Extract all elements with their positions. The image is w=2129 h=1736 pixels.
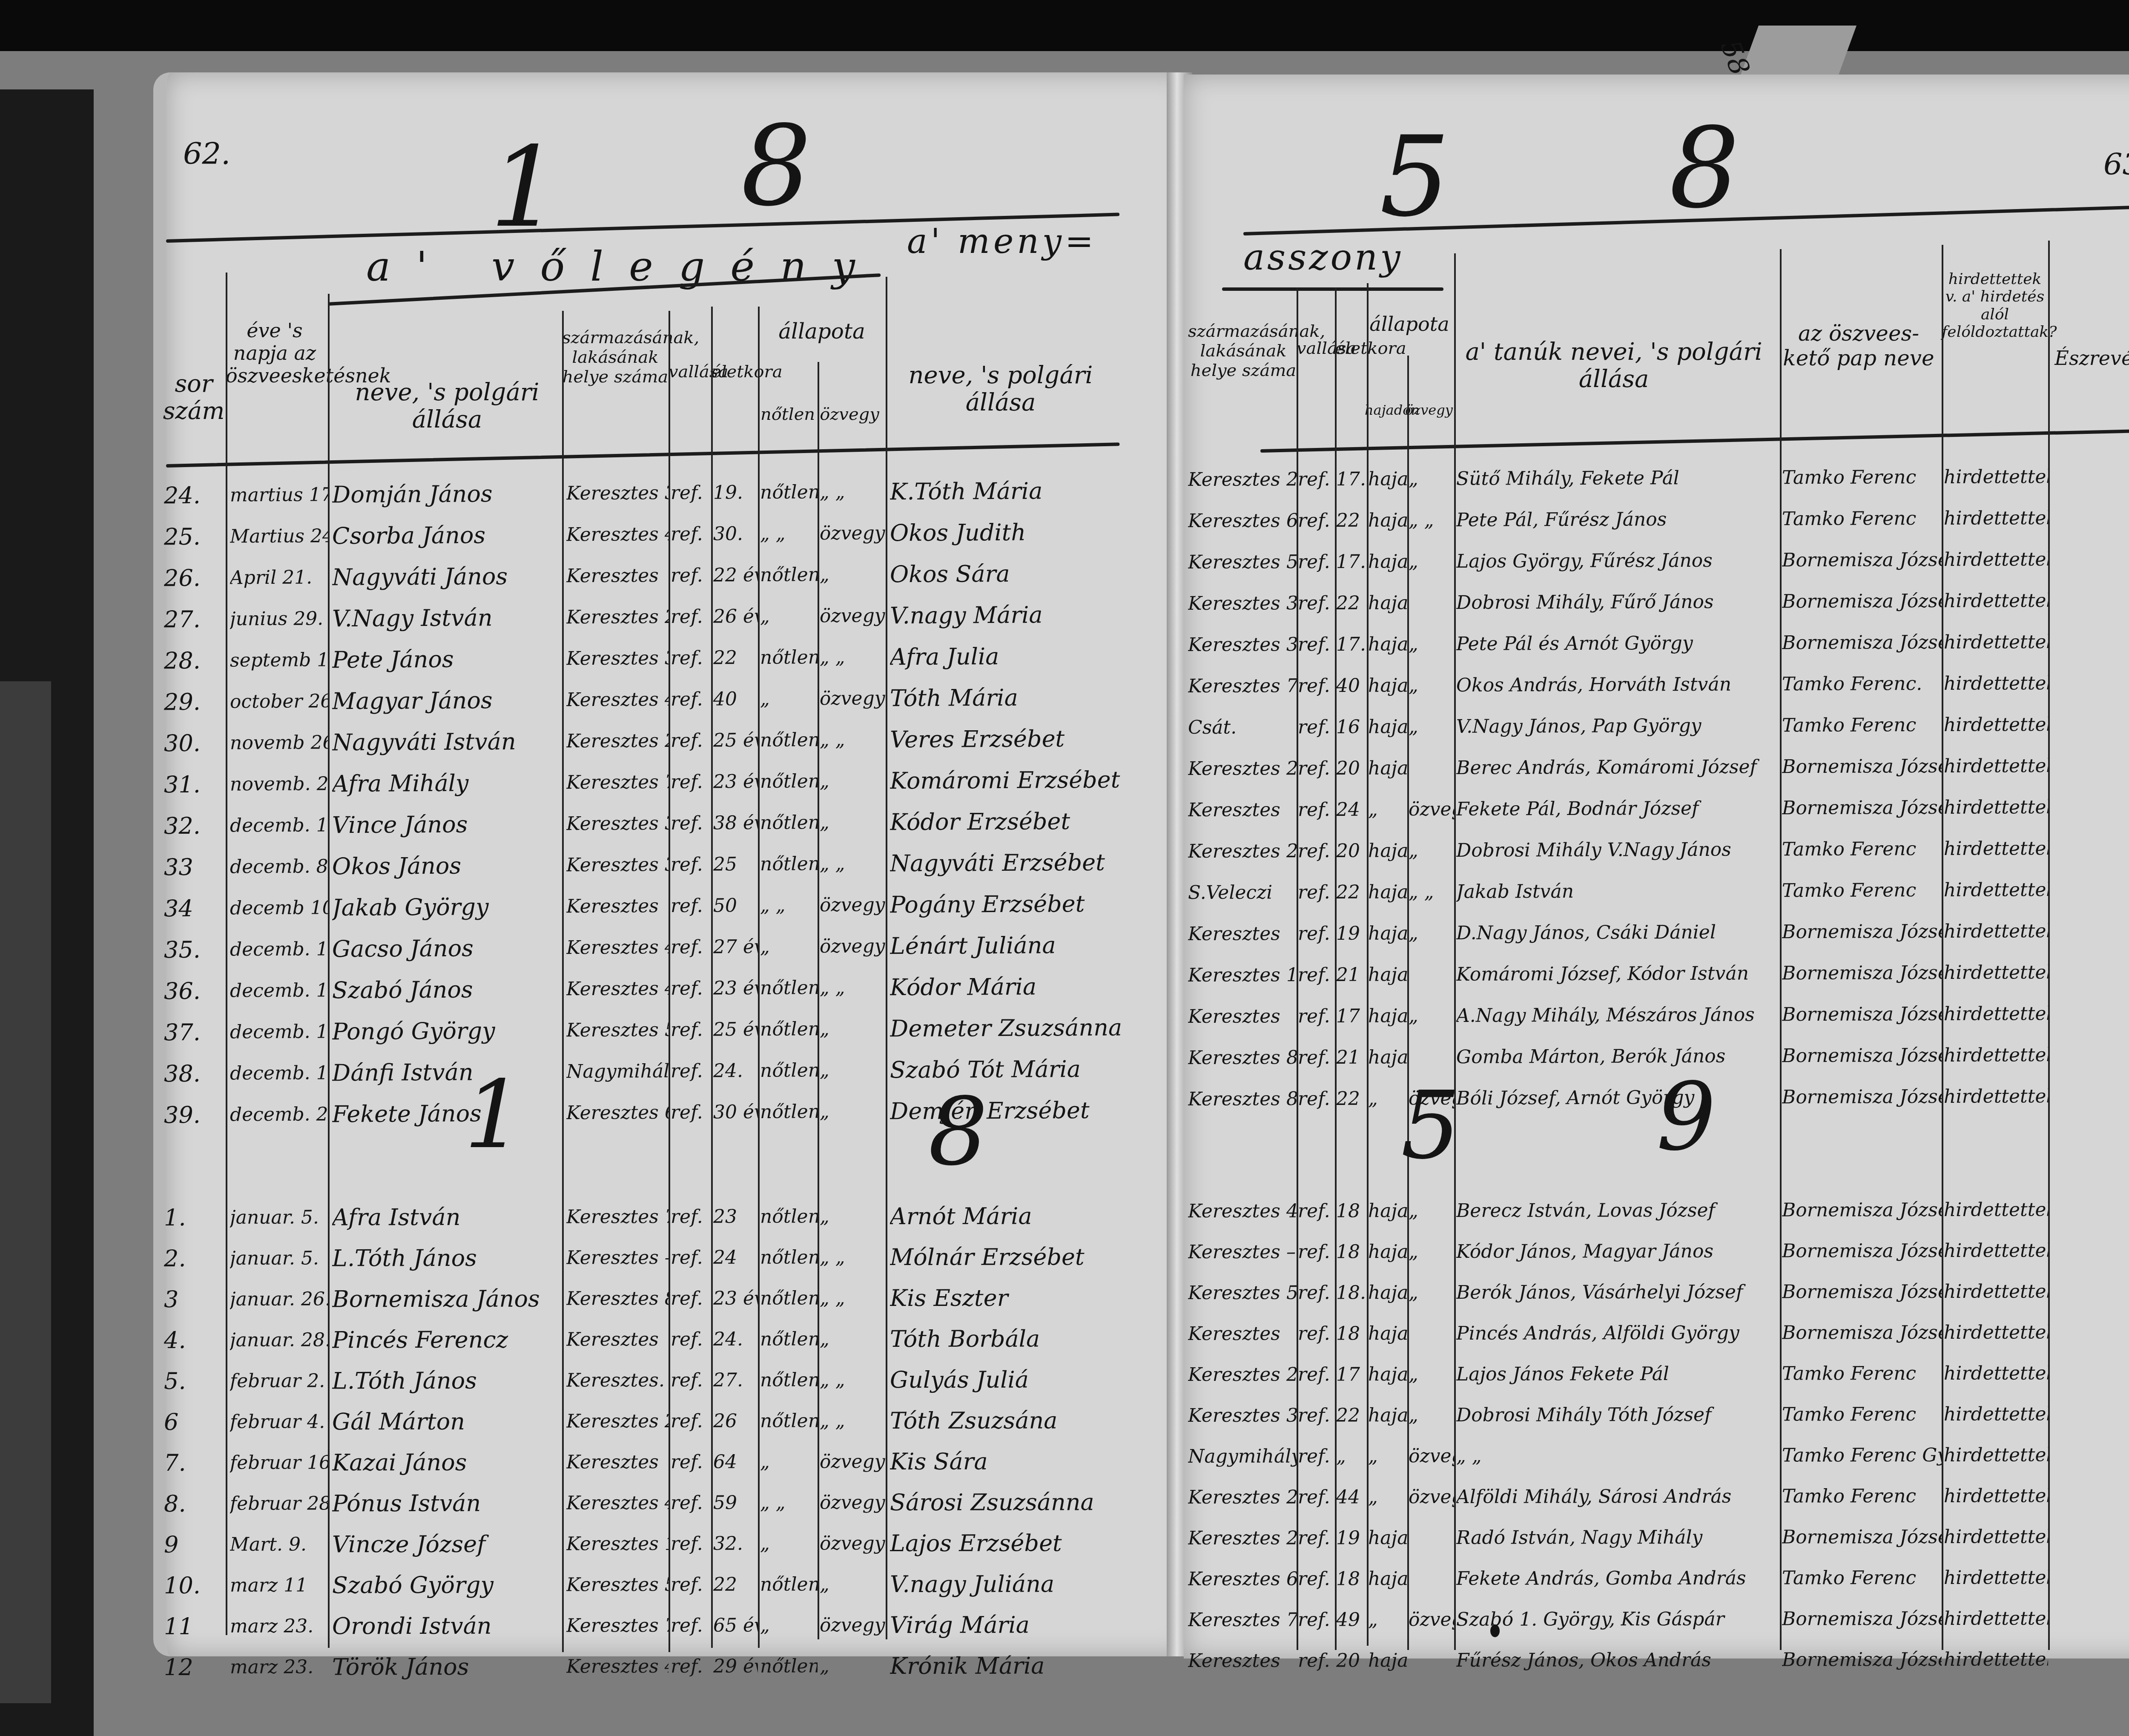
groom-religion: ref. [671,638,712,679]
table-row: 26.April 21.Nagyváti JánosKeresztesref.2… [166,553,1179,599]
witnesses: Pincés András, Alföldi György [1456,1313,1780,1354]
banns-status: hirdettettek [1944,746,2048,787]
bride-origin: Keresztes [1188,913,1297,955]
table-row: Keresztes 205ref.17.hajadon„Sütő Mihály,… [1184,456,2129,500]
bride-name: Krónik Mária [890,1645,1128,1687]
groom-status-single: „ [760,926,818,967]
groom-status-widowed: „ [820,1008,886,1050]
banns-status: hirdettettek [1944,1353,2048,1394]
table-row: Keresztes 502ref.18.hajadon„Berók János,… [1184,1271,2129,1314]
banns-status: hirdettettek [1944,869,2048,911]
banns-status: hirdettettek [1944,1271,2048,1312]
groom-origin: Keresztes 60 [566,1092,669,1133]
bride-status-maiden: hajadon [1368,665,1407,706]
bride-age: 18 [1336,1191,1367,1231]
bride-religion: ref. [1298,1079,1335,1119]
groom-origin: Keresztes 412 [566,927,669,968]
marriage-date: novemb 26. [230,722,328,763]
bride-origin: Keresztes 251 [1188,1477,1297,1518]
bride-status-maiden: hajadon [1368,1191,1407,1231]
marriage-date: Martius 24. [230,516,328,557]
marriage-date: decemb. 15. [230,1053,328,1094]
table-row: Keresztes 188ref.21 évhajadonKomáromi Jó… [1184,952,2129,996]
bride-status-maiden: hajadon [1368,1558,1407,1599]
groom-origin: Keresztes [566,886,669,927]
groom-age: 59 [713,1483,758,1524]
groom-name: Magyar János [332,680,562,722]
bride-origin: Keresztes 222. [1188,1354,1297,1395]
table-row: 12marz 23.Török JánosKeresztes 403.ref.2… [166,1645,1179,1688]
groom-name: Pongó György [332,1010,562,1052]
marriage-date: decemb. 27. [230,1094,328,1135]
header-bride-origin: származásának, lakásának helye száma [1188,321,1299,380]
groom-status-single: nőtlen [760,554,818,596]
groom-name: Pete János [332,638,562,680]
bride-age: 20 év [1336,1640,1367,1681]
table-row: 6februar 4.Gál MártonKeresztes 26ref.26n… [166,1400,1179,1443]
year-digit: 5 [1380,113,1450,241]
bride-age: 20 év [1336,748,1367,789]
officiating-priest: Tamko Ferenc [1782,457,1942,498]
witnesses: Lajos György, Fűrész János [1456,540,1780,582]
banns-status: hirdettettek [1944,456,2048,498]
bride-religion: ref. [1298,913,1335,954]
year-label-1859: 8 [928,1077,988,1186]
groom-name: Szabó János [332,969,562,1011]
groom-origin: Keresztes 292 [566,720,669,762]
bride-status-widowed: „ [1409,913,1454,954]
witnesses: Dobrosi Mihály, Fűrő János [1456,581,1780,623]
witnesses: Komáromi József, Kódor István [1456,953,1780,995]
bride-name: Afra Julia [890,635,1128,677]
groom-religion: ref. [671,1092,712,1133]
banns-status: hirdettettek 6. [1944,787,2048,828]
header-date: éve 's napja az öszveesketésnek [226,319,324,387]
witnesses: Pete Pál és Arnót György [1456,623,1780,665]
marriage-date: junius 29. [230,598,328,640]
bride-age: 40 [1336,666,1367,706]
banns-status: hirdettettek [1944,1035,2048,1076]
serial-number: 39. [164,1095,224,1136]
bride-religion: ref. [1298,666,1335,706]
groom-age: 27 év [713,927,758,968]
groom-origin: Keresztes 757 [566,762,669,803]
table-row: 36.decemb. 13.Szabó JánosKeresztes 443re… [166,966,1179,1012]
groom-religion: ref. [671,1010,712,1050]
bride-name: Gulyás Juliá [890,1359,1128,1400]
bride-status-maiden: hajadon [1368,1313,1407,1354]
groom-status-single: nőtlen [760,720,818,761]
bride-status-widowed: „ [1409,624,1454,665]
header-status-widowed: özvegy [1405,402,1452,418]
serial-number: 25. [164,516,224,558]
witnesses: Dobrosi Mihály V.Nagy János [1456,829,1780,871]
groom-age: 23 év [713,761,758,803]
officiating-priest: Bornemisza József [1782,1035,1942,1076]
bride-status-maiden: „ [1368,1436,1407,1477]
header-bride-religion: vallása [1297,339,1335,358]
witnesses: Kódor János, Magyar János [1456,1231,1780,1272]
header-serial: sor szám [162,370,226,425]
marriage-date: januar. 26. [230,1279,328,1320]
table-header-rule [1260,428,2129,453]
bride-age: 18. [1336,1272,1367,1313]
bride-name: Okos Judith [890,511,1128,554]
bride-status-widowed: „ [1409,830,1454,871]
groom-religion: ref. [671,514,712,555]
bride-religion: ref. [1298,707,1335,748]
serial-number: 36. [164,971,224,1012]
header-bride-name: neve, 's polgári állása [890,362,1111,417]
section-title-bride-part2: asszony [1243,236,1403,278]
header-banns: hirdettettek v. a' hirdetés alól felóldo… [1942,270,2048,341]
bride-age: 17 [1336,1354,1367,1395]
bride-origin: Keresztes 632 [1188,500,1297,542]
groom-status-widowed: „ „ [820,843,886,884]
groom-status-widowed: „ [820,1196,886,1237]
groom-name: Jakab György [332,886,562,928]
groom-status-widowed: özvegy [820,1605,886,1646]
bride-age: 17. [1336,459,1367,500]
bride-name: V.nagy Mária [890,594,1128,636]
groom-religion: ref. [671,1442,711,1483]
bride-status-maiden: hajadon [1368,706,1407,747]
bride-status-maiden: hajadon [1368,1272,1407,1313]
witnesses: Gomba Márton, Berók János [1456,1036,1780,1078]
groom-status-single: nőtlen [760,1400,818,1441]
serial-number: 34 [164,888,224,930]
groom-status-single: „ [760,678,818,720]
banns-status: hirdettettek [1944,1076,2048,1117]
bride-status-maiden: „ [1368,789,1407,830]
officiating-priest: Tamko Ferenc [1782,1353,1942,1395]
table-row: Nagymihályref.„„özvegy„ „Tamko Ferenc Gy… [1184,1435,2129,1477]
bride-origin: Keresztes [1188,996,1297,1037]
groom-origin: Keresztes 576. [566,1564,669,1605]
groom-origin: Keresztes 403. [566,1646,669,1687]
groom-status-widowed: özvegy [820,1441,886,1482]
table-row: Keresztesref.24 év„özvegyFekete Pál, Bod… [1184,786,2129,831]
table-row: Keresztes 702ref.40hajadon„Okos András, … [1184,663,2129,707]
bride-religion: ref. [1298,1395,1335,1436]
groom-age: 25 év [713,720,758,761]
groom-religion: ref. [671,803,712,844]
groom-name: Vince János [332,803,562,846]
serial-number: 33 [164,847,224,888]
header-status-maiden: hajadon [1365,402,1407,418]
officiating-priest: Tamko Ferenc [1782,1394,1942,1435]
table-row: 5.februar 2.L.Tóth JánosKeresztes.ref.27… [166,1359,1179,1402]
bride-age: 21 év [1336,1037,1367,1078]
officiating-priest: Bornemisza József [1782,581,1942,622]
bride-age: 44 [1336,1477,1367,1518]
bride-origin: Keresztes [1188,789,1297,831]
witnesses: Dobrosi Mihály Tóth József [1456,1395,1780,1436]
groom-status-single: „ „ [760,885,818,926]
bride-name: Virág Mária [890,1604,1128,1646]
table-row: Keresztes 68ref.18 évhajadonFekete Andrá… [1184,1557,2129,1600]
officiating-priest: Bornemisza József [1782,622,1942,663]
banns-status: hirdettettek [1944,1598,2048,1639]
bride-status-widowed: „ [1409,1231,1454,1272]
groom-religion: ref. [671,1237,711,1278]
bride-age: 22 [1336,500,1367,541]
bride-name: Tóth Zsuzsána [890,1400,1128,1441]
bride-age: 19 év [1336,1518,1367,1558]
groom-name: Orondi István [332,1605,562,1647]
table-row: Keresztes 219.ref.19 évhajadonRadó Istvá… [1184,1516,2129,1559]
bride-name: Kódor Mária [890,966,1128,1008]
groom-status-single: nőtlen [760,1564,818,1605]
bride-origin: Keresztes 502 [1188,1273,1297,1314]
groom-name: Dánfi István [332,1051,562,1093]
serial-number: 11 [164,1606,224,1647]
bride-origin: Keresztes 219. [1188,1518,1297,1559]
header-bride-age: életkora [1335,339,1367,358]
groom-status-single: „ „ [760,1482,818,1523]
header-groom-status: állapota [758,319,886,344]
year-digit: 8 [1669,104,1739,233]
bride-origin: Keresztes 293 [1188,831,1297,872]
bride-age: 49 év [1336,1599,1367,1640]
table-row: Keresztesref.19 évhajadon„D.Nagy János, … [1184,910,2129,955]
page-number-left: 62. [183,136,230,171]
groom-status-widowed: „ „ [820,967,886,1008]
bride-status-widowed: „ [1409,459,1454,499]
serial-number: 3 [164,1279,224,1320]
year-label-1859: 5 [1401,1071,1460,1180]
bride-status-maiden: hajadon [1368,748,1407,789]
bride-religion: ref. [1298,1354,1335,1395]
groom-age: 32. [713,1524,758,1564]
officiating-priest: Bornemisza József [1782,1598,1942,1640]
groom-religion: ref. [671,886,712,927]
bride-status-widowed: „ [1409,1395,1454,1436]
bride-origin: Keresztes 702 [1188,666,1297,707]
bride-religion: ref. [1298,748,1335,789]
bride-age: 21 év [1336,955,1367,996]
bride-name: V.nagy Juliána [890,1564,1128,1605]
witnesses: Berecz István, Lovas József [1456,1190,1780,1231]
groom-religion: ref. [671,1524,711,1564]
banns-status: hirdettettek [1944,622,2048,663]
bride-age: 19 év [1336,913,1367,954]
bride-age: 17. [1336,542,1367,582]
marriage-date: April 21. [230,557,328,598]
banns-status: hirdettettek [1944,1394,2048,1435]
bride-origin: Keresztes 281 [1188,748,1297,789]
marriage-date: Mart. 9. [230,1524,328,1565]
witnesses: Pete Pál, Fűrész János [1456,499,1780,541]
serial-number: 24. [164,475,224,516]
bride-name: Veres Erzsébet [890,718,1128,760]
adjacent-volume-left-edge [0,681,51,1703]
table-row: 35.decemb. 13.Gacso JánosKeresztes 412re… [166,924,1179,970]
groom-religion: ref. [671,1319,711,1360]
left-page: 62. 1 8 a' vőlegény a' meny= sor szám év… [153,72,1188,1656]
bride-origin: Keresztes 68 [1188,1559,1297,1600]
bride-name: Szabó Tót Mária [890,1048,1128,1090]
witnesses: Fekete Pál, Bodnár József [1456,788,1780,830]
bride-age: 17. [1336,624,1367,665]
table-row: 28.septemb 1.Pete JánosKeresztes 327ref.… [166,635,1179,681]
marriage-date: decemb. 13. [230,929,328,970]
groom-name: Kazai János [332,1442,562,1483]
officiating-priest: Bornemisza József [1782,1271,1942,1313]
bride-origin: Csát. [1188,707,1297,748]
serial-number: 32. [164,806,224,847]
banns-status: hirdettettek [1944,498,2048,539]
bride-status-widowed: „ [1409,665,1454,706]
groom-status-widowed: özvegy [820,1523,886,1564]
groom-name: Fekete János [332,1093,562,1135]
officiating-priest: Tamko Ferenc [1782,705,1942,746]
groom-status-widowed: „ [820,1091,886,1132]
groom-age: 26 év [713,596,758,637]
groom-age: 29 év [713,1646,758,1687]
marriage-date: marz 23. [230,1606,328,1647]
bride-religion: ref. [1298,1599,1335,1640]
bride-status-maiden: hajadon [1368,624,1407,665]
groom-status-single: nőtlen [760,967,818,1009]
banns-status: hirdettettek [1944,663,2048,704]
table-row: Keresztes 397ref.17.hajadon„Pete Pál és … [1184,621,2129,666]
groom-name: Pónus István [332,1483,562,1524]
banns-status: hirdettettek [1944,952,2048,993]
groom-status-widowed: „ [820,1564,886,1605]
groom-name: V.Nagy István [332,597,562,639]
groom-origin: Keresztes – [566,1237,669,1278]
groom-religion: ref. [671,597,712,637]
section-title-bride-part1: a' meny= [907,221,1097,261]
groom-origin: Keresztes 267 [566,597,669,638]
officiating-priest: Tamko Ferenc [1782,498,1942,539]
witnesses: Lajos János Fekete Pál [1456,1354,1780,1395]
officiating-priest: Bornemisza József [1782,1231,1942,1272]
bride-religion: ref. [1298,583,1335,624]
groom-status-widowed: „ [820,802,886,843]
bride-status-widowed: „ „ [1409,872,1454,912]
table-row: 1.januar. 5.Afra IstvánKeresztes 796.ref… [166,1196,1179,1238]
serial-number: 1. [164,1197,224,1238]
bride-status-maiden: hajadon [1368,954,1407,995]
groom-origin: Keresztes 325 [566,803,669,844]
serial-number: 26. [164,558,224,599]
officiating-priest: Bornemisza József [1782,746,1942,787]
groom-religion: ref. [671,555,712,596]
officiating-priest: Bornemisza József [1782,787,1942,829]
witnesses: Fekete András, Gomba András [1456,1558,1780,1599]
officiating-priest: Tamko Ferenc [1782,829,1942,870]
serial-number: 2. [164,1238,224,1279]
bride-name: Kódor Erzsébet [890,801,1128,843]
banns-status: hirdettettek [1944,993,2048,1035]
groom-name: Pincés Ferencz [332,1319,562,1360]
groom-origin: Keresztes 83 [566,1278,669,1319]
groom-age: 24. [713,1319,758,1360]
groom-religion: ref. [671,968,712,1009]
section-title-groom: a' vőlegény [366,243,881,290]
bride-religion: ref. [1298,1518,1335,1558]
bride-religion: ref. [1298,955,1335,996]
table-row: Keresztes 514ref.17.hajadon„Lajos György… [1184,539,2129,583]
bride-status-widowed: özvegy [1409,1599,1454,1640]
bride-age: 20 [1336,831,1367,872]
bride-status-maiden: hajadon [1368,582,1407,623]
bride-name: Demjén Erzsébet [890,1090,1128,1132]
header-groom-name: neve, 's polgári állása [328,379,566,434]
bride-age: 17 év [1336,996,1367,1037]
bride-status-maiden: „ [1368,1599,1407,1640]
banns-status: hirdettettek [1944,1517,2048,1558]
table-row: 11marz 23.Orondi IstvánKeresztes 784.ref… [166,1604,1179,1647]
groom-status-single: „ „ [760,513,818,554]
witnesses: Berók János, Vásárhelyi József [1456,1272,1780,1313]
groom-religion: ref. [671,1483,711,1524]
groom-religion: ref. [671,1278,711,1319]
bride-status-maiden: hajadon [1368,1231,1407,1272]
table-row: Keresztes 632ref.22hajadon„ „Pete Pál, F… [1184,497,2129,542]
groom-status-widowed: özvegy [820,884,886,926]
bride-name: Sárosi Zsuzsánna [890,1482,1128,1523]
groom-name: Gacso János [332,927,562,970]
groom-origin: Keresztes [566,1442,669,1483]
groom-status-single: „ [760,1523,818,1564]
marriage-date: februar 28. [230,1483,328,1524]
groom-religion: ref. [671,1197,711,1237]
groom-status-single: „ [760,1441,818,1482]
bride-origin: Keresztes 89 [1188,1079,1297,1120]
serial-number: 10. [164,1565,224,1606]
bride-name: Okos Sára [890,553,1128,595]
bride-religion: ref. [1298,500,1335,541]
officiating-priest: Tamko Ferenc [1782,870,1942,911]
groom-status-widowed: „ „ [820,1237,886,1278]
table-row: Keresztes 281ref.20 évhajadonBerec Andrá… [1184,745,2129,789]
marriage-date: septemb 1. [230,640,328,681]
serial-number: 35. [164,930,224,971]
marriage-date: decemb. 8. [230,846,328,887]
officiating-priest: Bornemisza József [1782,539,1942,581]
groom-name: L.Tóth János [332,1360,562,1401]
bride-age: 22 [1336,872,1367,913]
groom-religion: ref. [671,720,712,761]
groom-status-widowed: özvegy [820,595,886,637]
witnesses: V.Nagy János, Pap György [1456,705,1780,747]
groom-age: 30 év [713,1092,758,1133]
groom-origin: Keresztes. [566,1360,669,1401]
table-row: Keresztes 293ref.20hajadon„Dobrosi Mihál… [1184,828,2129,872]
banns-status: hirdettettek [1944,1231,2048,1271]
serial-number: 30. [164,723,224,764]
officiating-priest: Bornemisza József [1782,1190,1942,1231]
groom-origin: Keresztes 115 [566,1524,669,1564]
table-row: Keresztes –ref.18hajadon„Kódor János, Ma… [1184,1230,2129,1273]
witnesses: Berec András, Komáromi József [1456,746,1780,789]
marriage-date: januar. 28. [230,1320,328,1360]
bride-origin: Keresztes 339 [1188,583,1297,624]
groom-status-single: „ [760,596,818,637]
bride-origin: Keresztes 205 [1188,459,1297,500]
bride-status-widowed: „ [1409,1272,1454,1313]
marriage-date: februar 16. [230,1442,328,1483]
banns-status: hirdettettek [1944,580,2048,622]
groom-name: Bornemisza János [332,1278,562,1320]
bride-religion: ref. [1298,1231,1335,1272]
serial-number: 28. [164,640,224,682]
table-row: 32.decemb. 1.Vince JánosKeresztes 325ref… [166,801,1179,846]
groom-age: 23 év [713,968,758,1009]
